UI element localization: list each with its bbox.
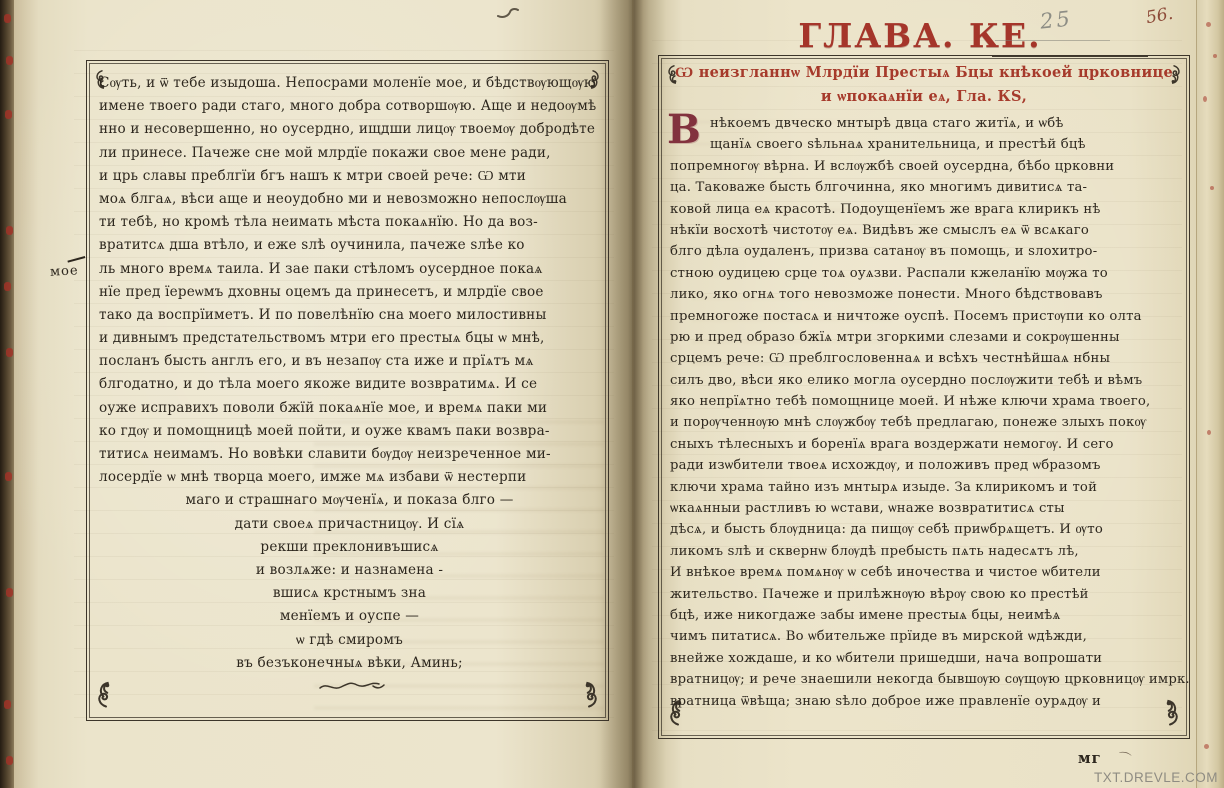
right-page-text-block: нѣкоемъ двческо мнтырѣ двца стаго житїѧ,…	[670, 113, 1182, 712]
stitch-mark	[6, 56, 13, 65]
manuscript-line: ца. Таковаже бысть блгочинна, яко многим…	[670, 177, 1182, 198]
manuscript-line: ли принесе. Пачеже сне мой млрдїе покажи…	[99, 142, 600, 165]
stitch-mark	[6, 756, 13, 765]
manuscript-line: титисѧ неимамъ. Но вовѣки славити бѹдѹ н…	[99, 443, 600, 466]
chapter-subtitle-line: Ѡ неизгланнѡ Млрдїи Престыѧ Бцы кнѣкоей …	[665, 61, 1183, 85]
manuscript-line: блго дѣла оудаленъ, призва сатанѹ въ пом…	[670, 241, 1182, 262]
manuscript-line: лико, яко огнѧ того невозможе понести. М…	[670, 284, 1182, 305]
right-text-frame: Ѡ неизгланнѡ Млрдїи Престыѧ Бцы кнѣкоей …	[658, 55, 1190, 739]
manuscript-line: дати своеѧ причастницѹ. И сїѧ	[99, 513, 600, 536]
stitch-mark	[6, 348, 13, 357]
edge-speck	[1213, 54, 1217, 58]
page-number-pencil: 25	[1039, 6, 1074, 33]
manuscript-line: бцѣ, иже никогдаже забы имене престыѧ бц…	[670, 605, 1182, 626]
manuscript-line: моѧ блгаѧ, вѣси аще и неоудобно ми и нев…	[99, 188, 600, 211]
manuscript-line: оуже исправихъ поволи бжїй покаѧнїе мое,…	[99, 397, 600, 420]
manuscript-line: рекши преклонивъшисѧ	[99, 536, 600, 559]
manuscript-line: ради изѡбители твоеѧ исхождѹ, и положивъ…	[670, 455, 1182, 476]
book-spread-scan: мое Сѹть, и ѿ тебе изыдоша. Непосрами мо…	[0, 0, 1224, 788]
manuscript-line: въ безъконечныѧ вѣки, Аминь;	[99, 652, 600, 675]
manuscript-line: рю и пред образо бжїѧ мтри згоркими слез…	[670, 327, 1182, 348]
chapter-subtitle-block: Ѡ неизгланнѡ Млрдїи Престыѧ Бцы кнѣкоей …	[665, 61, 1183, 109]
manuscript-line: блгодатно, и до тѣла моего якоже видите …	[99, 373, 600, 396]
manuscript-line: внейже хождаше, и ко ѡбители пришедши, н…	[670, 648, 1182, 669]
catchword: мг	[1078, 750, 1101, 767]
manuscript-line: и возлѧже: и назнамена -	[99, 559, 600, 582]
left-page-text-block: Сѹть, и ѿ тебе изыдоша. Непосрами моленї…	[99, 72, 600, 675]
manuscript-line: ѡ гдѣ смиромъ	[99, 629, 600, 652]
stitch-mark	[4, 282, 11, 291]
manuscript-line: менїемъ и оуспе —	[99, 605, 600, 628]
manuscript-line: силъ дво, вѣси яко елико могла оусердно …	[670, 370, 1182, 391]
site-watermark: TXT.DREVLE.COM	[1094, 770, 1218, 785]
manuscript-line: ко гдѹ и помощницѣ моей пойти, и оуже кв…	[99, 420, 600, 443]
manuscript-line: сныхъ тѣлесныхъ и боренїѧ врага воздержа…	[670, 434, 1182, 455]
manuscript-line: срцемъ рече: Ѡ преблгословеннаѧ и всѣхъ …	[670, 348, 1182, 369]
stray-ink-mark	[492, 2, 526, 22]
manuscript-line: маго и страшнаго мѹченїѧ, и показа блго …	[99, 489, 600, 512]
manuscript-line: и порѹченнѹю мнѣ слѹжбѹ тебѣ предлагаю, …	[670, 412, 1182, 433]
manuscript-line: чимъ питатисѧ. Во ѡбительже прїиде въ ми…	[670, 626, 1182, 647]
manuscript-line: Сѹть, и ѿ тебе изыдоша. Непосрами моленї…	[99, 72, 600, 95]
manuscript-line: ль много времѧ таила. И зае паки стѣломъ…	[99, 258, 600, 281]
manuscript-line: и црь славы преблгїи бгъ нашъ к мтри сво…	[99, 165, 600, 188]
manuscript-line: нѣкоемъ двческо мнтырѣ двца стаго житїѧ,…	[670, 113, 1182, 134]
manuscript-line: премногоже постасѧ и ничтоже оуспѣ. Посе…	[670, 306, 1182, 327]
manuscript-line: ѡкаѧнныи растливъ ю ѡстави, ѡнаже возвра…	[670, 498, 1182, 519]
manuscript-line: ключи храма тайно изъ мнтырѧ изыде. За к…	[670, 477, 1182, 498]
chapter-subtitle-line: и ѡпокаѧнїи еѧ, Гла. КЅ,	[665, 85, 1183, 109]
end-flourish-icon	[317, 679, 387, 693]
manuscript-line: вратницѹ; и рече знаешили некогда бывшѹю…	[670, 669, 1182, 690]
manuscript-line: вратница ѿвѣща; знаю ѕѣло доброе иже пра…	[670, 691, 1182, 712]
manuscript-line: и дивнымъ предстательствомъ мтри его пре…	[99, 327, 600, 350]
manuscript-line: нїе пред їереѡмъ дховны оцемъ да принесе…	[99, 281, 600, 304]
stitch-mark	[6, 588, 13, 597]
stitch-mark	[6, 226, 13, 235]
stitch-mark	[5, 110, 12, 119]
left-text-frame: Сѹть, и ѿ тебе изыдоша. Непосрами моленї…	[86, 60, 609, 721]
edge-speck	[1206, 22, 1211, 27]
edge-speck	[1203, 96, 1207, 102]
manuscript-line: попремногѹ вѣрна. И вслѹжбѣ своей оусерд…	[670, 156, 1182, 177]
manuscript-line: вшисѧ крстнымъ зна	[99, 582, 600, 605]
stitch-mark	[4, 700, 11, 709]
chapter-heading: ГЛАВА. КЕ.	[790, 16, 1050, 55]
left-page: мое Сѹть, и ѿ тебе изыдоша. Непосрами мо…	[14, 0, 632, 788]
edge-speck	[1204, 744, 1209, 749]
manuscript-line: нно и несовершенно, но оусердно, ищдши л…	[99, 118, 600, 141]
margin-note: мое	[50, 263, 79, 279]
manuscript-line: жительство. Пачеже и прилѣжнѹю вѣрѹ свою…	[670, 584, 1182, 605]
manuscript-line: ликомъ ѕлѣ и сквернѡ блѹдѣ пребысть пѧть…	[670, 541, 1182, 562]
manuscript-line: ковой лица еѧ красотѣ. Подоущенїемъ же в…	[670, 199, 1182, 220]
manuscript-line: щанїѧ своего ѕѣльнаѧ хранительница, и пр…	[670, 134, 1182, 155]
manuscript-line: вратитсѧ дша втѣло, и еже ѕлѣ оучинила, …	[99, 234, 600, 257]
manuscript-line: нѣкїи восхотѣ чистотѹ еѧ. Видѣвъ же смыс…	[670, 220, 1182, 241]
edge-speck	[1210, 186, 1214, 190]
stitch-mark	[4, 14, 11, 23]
manuscript-line: яко непрїѧтно тебѣ помощнице моей. И нѣж…	[670, 391, 1182, 412]
manuscript-line: посланъ бысть англъ его, и въ незапѹ ста…	[99, 350, 600, 373]
page-fore-edge	[1196, 0, 1224, 788]
manuscript-line: дѣсѧ, и бысть блѹдница: да пищѹ себѣ при…	[670, 519, 1182, 540]
manuscript-line: лосердїе ѡ мнѣ творца моего, имже мѧ изб…	[99, 466, 600, 489]
stitch-mark	[5, 472, 12, 481]
edge-speck	[1207, 430, 1211, 435]
manuscript-line: ти тебѣ, но кромѣ тѣла неимать мѣста пок…	[99, 211, 600, 234]
manuscript-line: стною оудицею срце тоѧ оуѧзви. Распали к…	[670, 263, 1182, 284]
manuscript-line: имене твоего ради стаго, много добра сот…	[99, 95, 600, 118]
manuscript-line: тако да воспрїиметъ. И по повелѣнїю сна …	[99, 304, 600, 327]
manuscript-line: И внѣкое времѧ помѧнѹ ѡ себѣ иночества и…	[670, 562, 1182, 583]
pencil-rule	[995, 40, 1110, 41]
